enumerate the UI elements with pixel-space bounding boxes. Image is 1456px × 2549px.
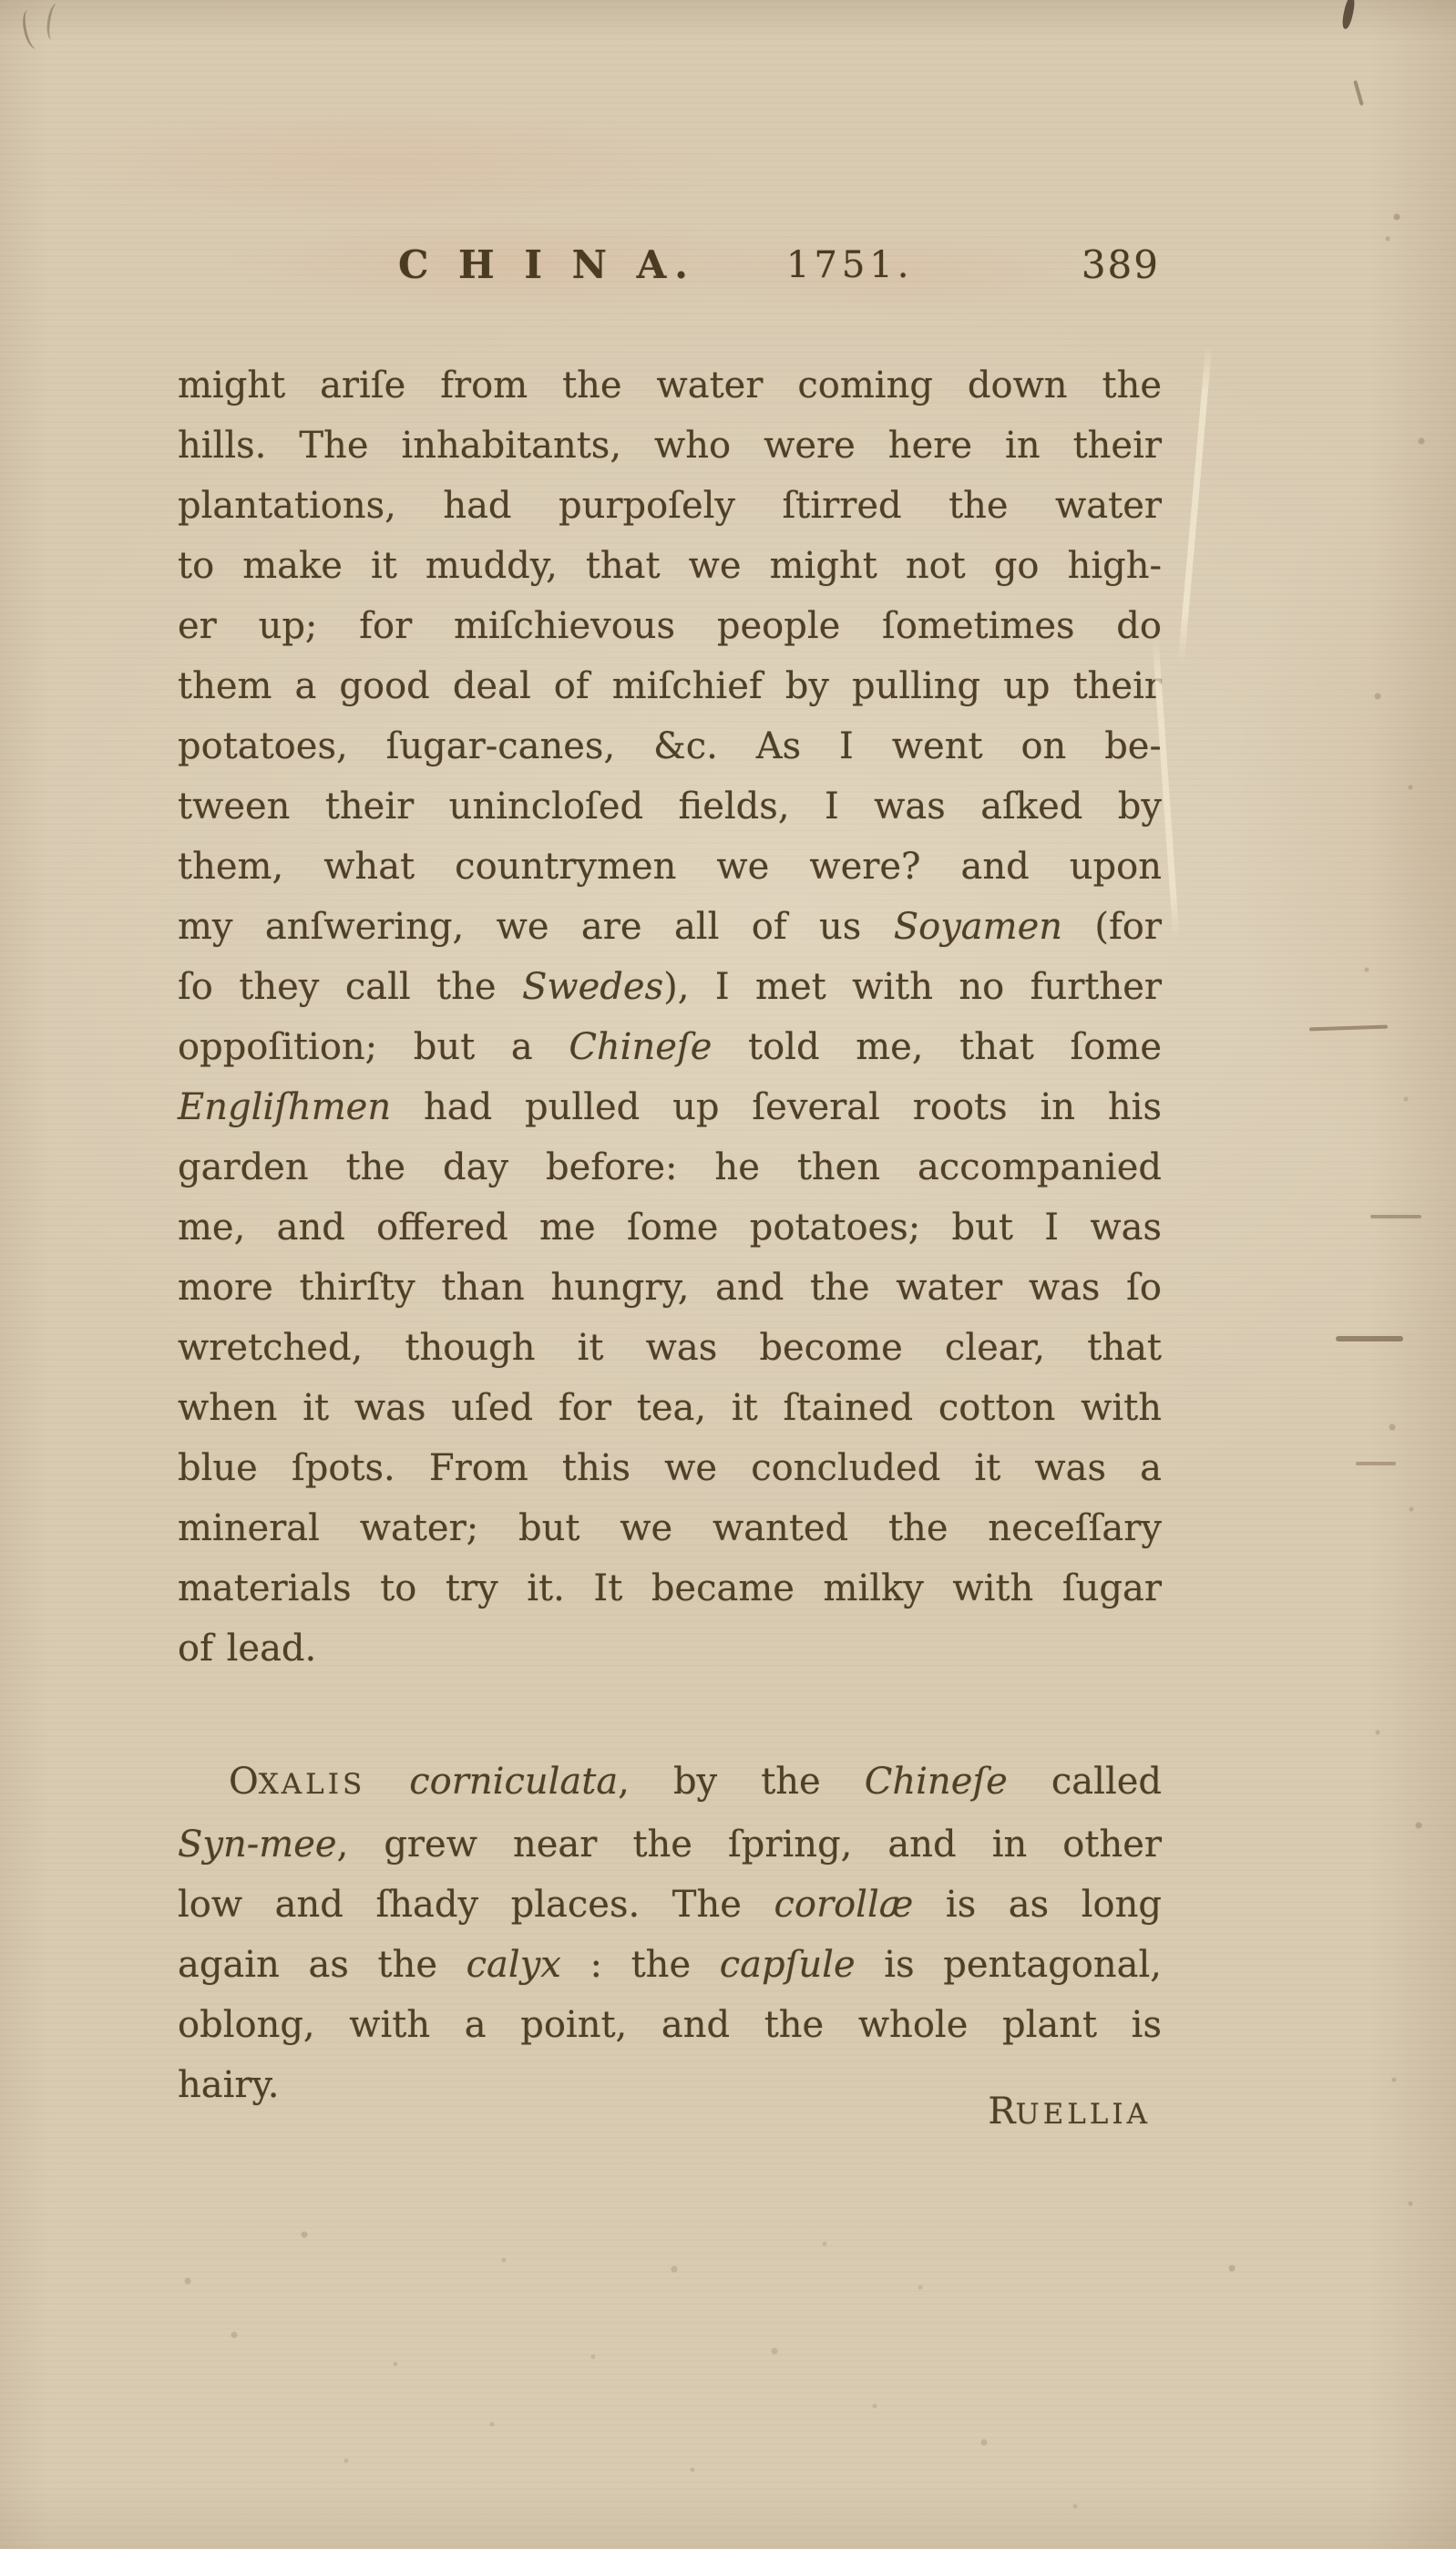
text-block: might ariſe from the water coming down t… xyxy=(178,355,1162,2115)
margin-mark xyxy=(1336,1336,1403,1341)
paragraph-oxalis: OXALIS corniculata, by the Chineſe calle… xyxy=(178,1752,1162,2115)
text-segment: mineral water; but we wanted the neceſſa… xyxy=(178,1507,1162,1549)
text-line: Engliſhmen had pulled up ſeveral roots i… xyxy=(178,1077,1162,1137)
text-segment: my anſwering, we are all of us xyxy=(178,906,894,948)
text-segment: UELLIA xyxy=(1015,2098,1151,2131)
margin-mark xyxy=(1309,1025,1388,1032)
text-segment: O xyxy=(229,1761,259,1803)
text-segment: ), I met with no further xyxy=(663,966,1162,1008)
header-year: 1751. xyxy=(786,244,914,286)
text-segment: of lead. xyxy=(178,1628,316,1670)
text-line: when it was uſed for tea, it ſtained cot… xyxy=(178,1378,1162,1438)
text-segment: XALIS xyxy=(259,1768,365,1801)
text-segment: R xyxy=(988,2091,1015,2133)
text-segment: had pulled up ſeveral roots in his xyxy=(391,1086,1162,1128)
text-line: OXALIS corniculata, by the Chineſe calle… xyxy=(178,1752,1162,1814)
paper-scratch xyxy=(1178,344,1212,663)
text-line: them, what countrymen we were? and upon xyxy=(178,837,1162,897)
italic-text: capſule xyxy=(720,1944,856,1986)
text-line: garden the day before: he then accompani… xyxy=(178,1137,1162,1197)
text-segment: when it was uſed for tea, it ſtained cot… xyxy=(178,1387,1162,1429)
text-segment: , grew near the ſpring, and in other xyxy=(337,1824,1162,1865)
text-segment: might ariſe from the water coming down t… xyxy=(178,365,1162,406)
text-line: my anſwering, we are all of us Soyamen (… xyxy=(178,897,1162,957)
text-segment: them a good deal of miſchief by pulling … xyxy=(178,665,1162,707)
header-title: C H I N A. xyxy=(398,242,696,287)
text-segment: blue ſpots. From this we concluded it wa… xyxy=(178,1447,1162,1489)
text-segment: (for xyxy=(1062,906,1162,948)
text-segment: told me, that ſome xyxy=(712,1026,1162,1068)
italic-text: Chineſe xyxy=(569,1026,712,1068)
italic-text: calyx xyxy=(467,1944,561,1986)
ink-mark xyxy=(1340,0,1356,30)
text-line: potatoes, ſugar-canes, &c. As I went on … xyxy=(178,716,1162,776)
text-segment: me, and offered me ſome potatoes; but I … xyxy=(178,1207,1162,1249)
text-line: Syn-mee, grew near the ſpring, and in ot… xyxy=(178,1814,1162,1875)
text-line: materials to try it. It became milky wit… xyxy=(178,1558,1162,1619)
margin-mark xyxy=(1370,1215,1421,1218)
text-segment: to make it muddy, that we might not go h… xyxy=(178,545,1162,587)
text-line: ſo they call the Swedes), I met with no … xyxy=(178,957,1162,1017)
text-segment: is as long xyxy=(913,1884,1162,1926)
text-line: blue ſpots. From this we concluded it wa… xyxy=(178,1438,1162,1498)
text-segment: wretched, though it was become clear, th… xyxy=(178,1327,1162,1369)
page-number: 389 xyxy=(1082,242,1160,287)
italic-text: Syn-mee xyxy=(178,1824,337,1865)
text-line: plantations, had purpoſely ſtirred the w… xyxy=(178,476,1162,536)
text-segment: tween their unincloſed fields, I was aſk… xyxy=(178,786,1162,827)
text-segment: oblong, with a point, and the whole plan… xyxy=(178,2004,1162,2046)
text-line: mineral water; but we wanted the neceſſa… xyxy=(178,1498,1162,1558)
margin-mark xyxy=(1356,1462,1396,1465)
italic-text: Chineſe xyxy=(865,1761,1008,1803)
text-segment: plantations, had purpoſely ſtirred the w… xyxy=(178,485,1162,527)
ink-mark xyxy=(45,3,63,41)
text-segment: , by the xyxy=(618,1761,865,1803)
running-header: C H I N A. 1751. 389 xyxy=(178,242,1162,293)
text-line: them a good deal of miſchief by pulling … xyxy=(178,656,1162,716)
book-page: C H I N A. 1751. 389 might ariſe from th… xyxy=(0,0,1456,2549)
text-segment: called xyxy=(1008,1761,1162,1803)
text-line: er up; for miſchievous people ſometimes … xyxy=(178,596,1162,656)
ink-mark xyxy=(1353,80,1364,106)
text-line: again as the calyx : the capſule is pent… xyxy=(178,1935,1162,1995)
italic-text: Engliſhmen xyxy=(178,1086,391,1128)
text-segment: oppoſition; but a xyxy=(178,1026,569,1068)
text-segment: ſo they call the xyxy=(178,966,522,1008)
italic-text: Soyamen xyxy=(894,906,1062,948)
text-line: oppoſition; but a Chineſe told me, that … xyxy=(178,1017,1162,1077)
text-segment xyxy=(365,1761,409,1803)
text-segment: is pentagonal, xyxy=(856,1944,1162,1986)
text-segment: again as the xyxy=(178,1944,467,1986)
text-segment: garden the day before: he then accompani… xyxy=(178,1146,1162,1188)
text-segment: more thirſty than hungry, and the water … xyxy=(178,1267,1162,1309)
text-line: tween their unincloſed fields, I was aſk… xyxy=(178,776,1162,837)
italic-text: corollæ xyxy=(774,1884,913,1926)
catchword: RUELLIA xyxy=(178,2091,1151,2133)
paragraph-water: might ariſe from the water coming down t… xyxy=(178,355,1162,1679)
text-line: might ariſe from the water coming down t… xyxy=(178,355,1162,416)
text-line: low and ſhady places. The corollæ is as … xyxy=(178,1875,1162,1935)
text-segment: materials to try it. It became milky wit… xyxy=(178,1567,1162,1609)
text-segment: er up; for miſchievous people ſometimes … xyxy=(178,605,1162,647)
text-segment: : the xyxy=(561,1944,720,1986)
text-segment: hills. The inhabitants, who were here in… xyxy=(178,425,1162,467)
text-segment: potatoes, ſugar-canes, &c. As I went on … xyxy=(178,725,1162,767)
text-line: wretched, though it was become clear, th… xyxy=(178,1318,1162,1378)
text-line: hills. The inhabitants, who were here in… xyxy=(178,416,1162,476)
text-line: oblong, with a point, and the whole plan… xyxy=(178,1995,1162,2055)
text-line: to make it muddy, that we might not go h… xyxy=(178,536,1162,596)
italic-text: Swedes xyxy=(522,966,663,1008)
text-segment: low and ſhady places. The xyxy=(178,1884,774,1926)
italic-text: corniculata xyxy=(409,1761,618,1803)
ink-mark xyxy=(20,8,46,51)
text-line: more thirſty than hungry, and the water … xyxy=(178,1258,1162,1318)
text-segment: them, what countrymen we were? and upon xyxy=(178,846,1162,888)
text-line: of lead. xyxy=(178,1619,1162,1679)
text-line: me, and offered me ſome potatoes; but I … xyxy=(178,1197,1162,1258)
